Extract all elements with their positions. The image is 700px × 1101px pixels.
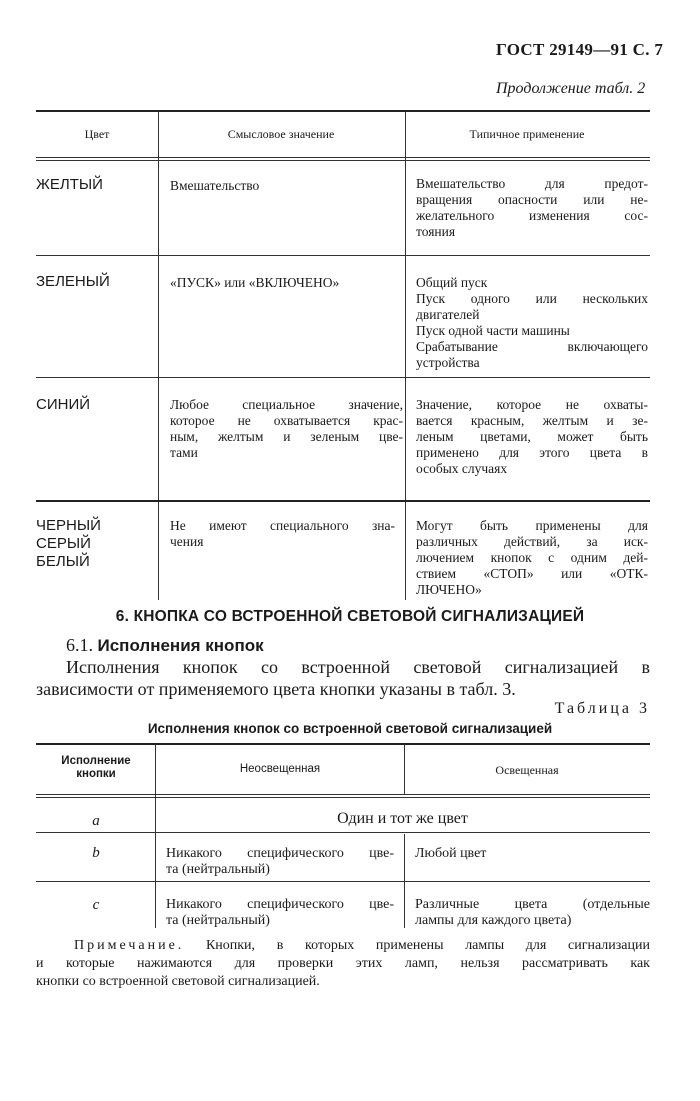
- variant-label: a: [92, 813, 100, 830]
- variant-label: b: [92, 845, 100, 862]
- standard-page-header: ГОСТ 29149—91 С. 7: [496, 40, 663, 60]
- color-name: СИНИЙ: [36, 396, 90, 414]
- row-separator: [36, 500, 650, 502]
- meaning-cell: Не имеют специального зна- чения: [170, 518, 395, 550]
- header-separator: [36, 794, 650, 798]
- column-header-lit: Освещенная: [495, 763, 558, 778]
- column-divider: [404, 745, 405, 795]
- column-header-color: Цвет: [85, 127, 110, 142]
- table-continuation-label: Продолжение табл. 2: [496, 80, 645, 98]
- column-header-unlit: Неосвещенная: [240, 763, 320, 775]
- column-header-usage: Типичное применение: [470, 127, 585, 142]
- meaning-cell: Любое специальное значение, которое не о…: [170, 397, 403, 461]
- variant-label: c: [93, 897, 100, 914]
- meaning-cell: «ПУСК» или «ВКЛЮЧЕНО»: [170, 275, 395, 291]
- row-separator: [36, 881, 650, 882]
- usage-cell: Общий пуск Пуск одного или нескольких дв…: [416, 275, 648, 371]
- usage-cell: Вмешательство для предот- вращения опасн…: [416, 176, 648, 240]
- column-divider: [155, 745, 156, 928]
- table-top-border: [36, 743, 650, 745]
- color-name: ЗЕЛЕНЫЙ: [36, 273, 110, 291]
- merged-cell: Один и тот же цвет: [155, 810, 650, 828]
- color-name: ЖЕЛТЫЙ: [36, 176, 103, 194]
- column-divider: [158, 112, 159, 600]
- column-header-variant: Исполнение кнопки: [61, 755, 130, 781]
- table-number-label: Таблица 3: [555, 700, 650, 718]
- row-separator: [36, 377, 650, 378]
- lit-cell: Любой цвет: [415, 846, 650, 862]
- row-separator: [36, 832, 650, 833]
- header-separator: [36, 157, 650, 161]
- usage-cell: Могут быть применены для различных дейст…: [416, 518, 648, 598]
- meaning-cell: Вмешательство: [170, 178, 395, 194]
- table-top-border: [36, 110, 650, 112]
- column-divider: [405, 112, 406, 600]
- lit-cell: Различные цвета (отдельные лампы для каж…: [415, 897, 650, 929]
- section-paragraph: Исполнения кнопок со встроенной световой…: [36, 656, 650, 700]
- unlit-cell: Никакого специфического цве- та (нейтрал…: [166, 846, 394, 878]
- subsection-heading: Исполнения кнопок: [98, 636, 264, 655]
- section-title: 6. КНОПКА СО ВСТРОЕННОЙ СВЕТОВОЙ СИГНАЛИ…: [0, 608, 700, 626]
- usage-cell: Значение, которое не охваты- вается крас…: [416, 397, 648, 477]
- column-header-meaning: Смысловое значение: [228, 127, 335, 142]
- note-label: Примечание.: [74, 938, 184, 953]
- subsection-number: 6.1.: [66, 635, 93, 655]
- table-title: Исполнения кнопок со встроенной световой…: [0, 721, 700, 736]
- color-name: ЧЕРНЫЙ СЕРЫЙ БЕЛЫЙ: [36, 517, 101, 571]
- row-separator: [36, 255, 650, 256]
- table-note: Примечание. Кнопки, в которых применены …: [36, 937, 650, 991]
- unlit-cell: Никакого специфического цве- та (нейтрал…: [166, 897, 394, 929]
- subsection-title: 6.1. Исполнения кнопок: [66, 635, 264, 656]
